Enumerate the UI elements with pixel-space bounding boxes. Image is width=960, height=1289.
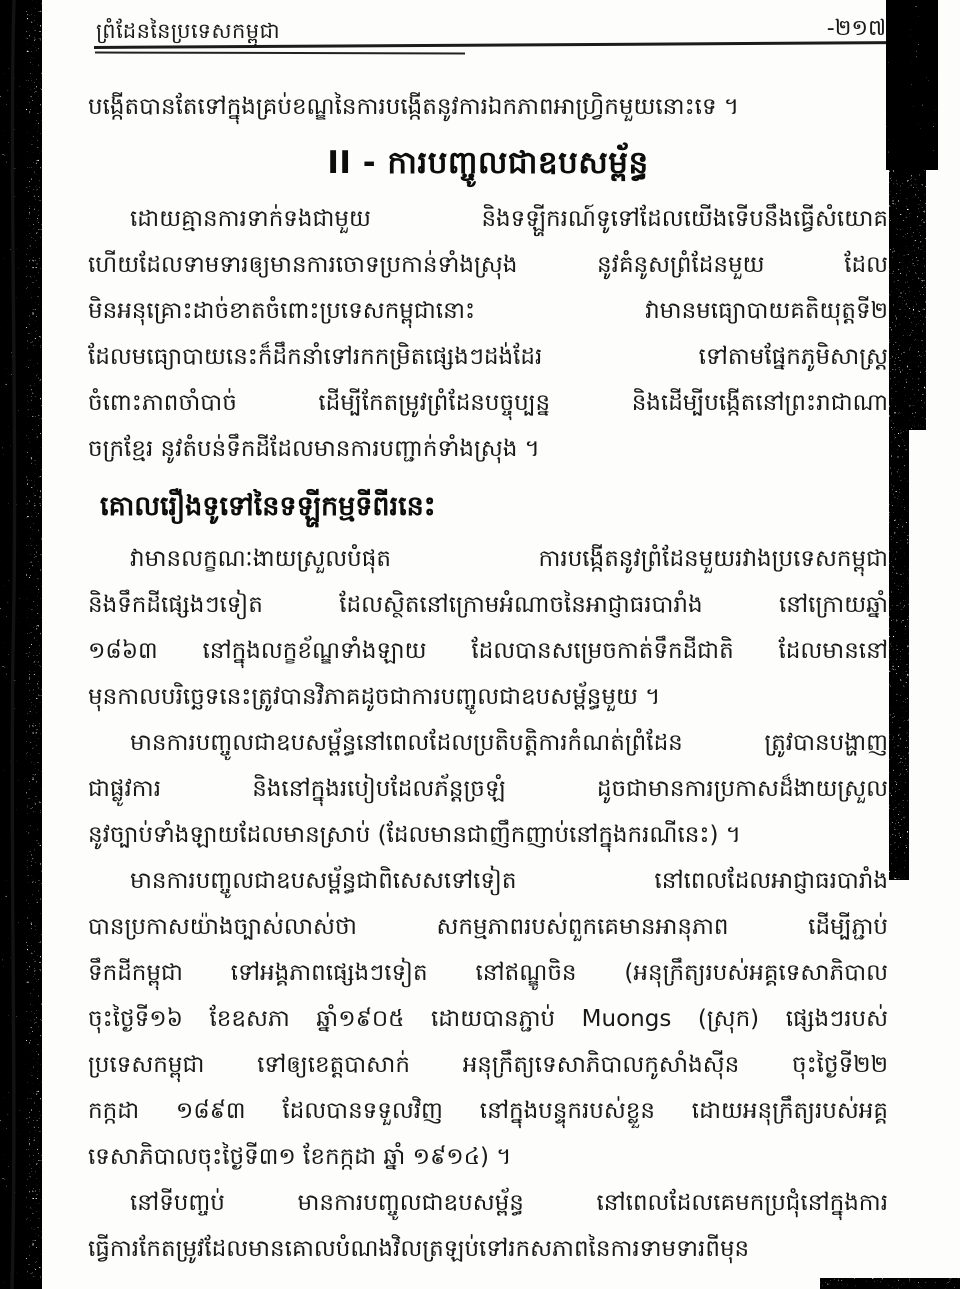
body-line: នូវច្បាប់ទាំងឡាយដែលមានស្រាប់ (ដែលមានជាញឹ…: [88, 812, 888, 858]
body-line: ធ្វើការកែតម្រូវដែលមានគោលបំណងវិលត្រឡប់ទៅរ…: [88, 1226, 888, 1272]
body-line: ចុះថ្ងៃទី១៦ ខែឧសភា ឆ្នាំ១៩០៥ ដោយបានភ្ជាប…: [88, 996, 888, 1042]
body-line: ចំពោះភាពចាំបាច់ ដើម្បីកែតម្រូវព្រំដែនបច្…: [88, 380, 888, 426]
body-line: ចក្រខ្មែរ នូវតំបន់ទឹកដីដែលមានការបញ្ជាក់ទ…: [88, 426, 888, 472]
paragraph: មានការបញ្ចូលជាឧបសម្ព័ន្ធនៅពេលដែលប្រតិបត្…: [88, 720, 888, 858]
paragraph: វាមានលក្ខណៈងាយស្រួលបំផុត ការបង្កើតនូវព្រ…: [88, 536, 888, 720]
body-line: ទេសាភិបាលចុះថ្ងៃទី៣១ ខែកក្កដា ឆ្នាំ ១៩១៤…: [88, 1134, 888, 1180]
body-line: វាមានលក្ខណៈងាយស្រួលបំផុត ការបង្កើតនូវព្រ…: [88, 536, 888, 582]
page-number: -២១៧-: [827, 14, 894, 44]
page-body: បង្កើតបានតែទៅក្នុងគ្រប់ខណ្ឌនៃការបង្កើតនូ…: [88, 84, 888, 1272]
body-line: មុនកាលបរិច្ឆេទនេះត្រូវបានវិភាគដូចជាការបញ…: [88, 674, 888, 720]
body-line: ១៨៦៣ នៅក្នុងលក្ខខ័ណ្ឌទាំងឡាយ ដែលបានសម្រេ…: [88, 628, 888, 674]
scan-mark-bottom-right: [820, 1278, 960, 1289]
body-line: ដែលមធ្យោបាយនេះក៏ដឹកនាំទៅរកកម្រិតផ្សេងៗដង…: [88, 334, 888, 380]
scan-speckle-left-band: [0, 0, 42, 1289]
paragraph: មានការបញ្ចូលជាឧបសម្ព័ន្ធជាពិសេសទៅទៀត នៅព…: [88, 858, 888, 1180]
sub-heading: គោលរឿងទូទៅនៃទឡ្ហីកម្មទីពីរនេះ: [88, 480, 888, 534]
body-line: និងទឹកដីផ្សេងៗទៀត ដែលស្ថិតនៅក្រោមអំណាចនៃ…: [88, 582, 888, 628]
body-line: ទឹកដីកម្ពុជា ទៅអង្គភាពផ្សេងៗទៀត នៅឥណ្ឌូច…: [88, 950, 888, 996]
scan-speckle-right-band: [886, 0, 938, 880]
body-line: ដោយគ្មានការទាក់ទងជាមួយ និងទឡ្ហីករណ៍ទូទៅដ…: [88, 196, 888, 242]
paragraph-intro: បង្កើតបានតែទៅក្នុងគ្រប់ខណ្ឌនៃការបង្កើតនូ…: [88, 84, 888, 130]
body-line: កក្កដា ១៨៩៣ ដែលបានទទួលវិញ នៅក្នុងបន្ទុករ…: [88, 1088, 888, 1134]
body-line: ជាផ្លូវការ និងនៅក្នុងរបៀបដែលភ័ន្តច្រឡំ ដ…: [88, 766, 888, 812]
running-header-title: ព្រំដែននៃប្រទេសកម្ពុជា: [96, 16, 280, 46]
body-line: បានប្រកាសយ៉ាងច្បាស់លាស់ថា សកម្មភាពរបស់ពួ…: [88, 904, 888, 950]
body-line: ប្រទេសកម្ពុជា ទៅឲ្យខេត្តបាសាក់ អនុក្រឹត្…: [88, 1042, 888, 1088]
body-line: មានការបញ្ចូលជាឧបសម្ព័ន្ធនៅពេលដែលប្រតិបត្…: [88, 720, 888, 766]
paragraph: ដោយគ្មានការទាក់ទងជាមួយ និងទឡ្ហីករណ៍ទូទៅដ…: [88, 196, 888, 472]
body-line: ហើយដែលទាមទារឲ្យមានការចោទប្រកាន់ទាំងស្រុង…: [88, 242, 888, 288]
header-title-underline: [95, 52, 465, 55]
body-line: មានការបញ្ចូលជាឧបសម្ព័ន្ធជាពិសេសទៅទៀត នៅព…: [88, 858, 888, 904]
body-line: មិនអនុគ្រោះដាច់ខាតចំពោះប្រទេសកម្ពុជានោះ …: [88, 288, 888, 334]
section-heading: II - ការបញ្ចូលជាឧបសម្ព័ន្ធ: [88, 135, 888, 191]
body-line: បង្កើតបានតែទៅក្នុងគ្រប់ខណ្ឌនៃការបង្កើតនូ…: [88, 84, 888, 130]
paragraph: នៅទីបញ្ចប់ មានការបញ្ចូលជាឧបសម្ព័ន្ធ នៅពេ…: [88, 1180, 888, 1272]
binding-crease-line: [12, 0, 15, 1289]
body-line: នៅទីបញ្ចប់ មានការបញ្ចូលជាឧបសម្ព័ន្ធ នៅពេ…: [88, 1180, 888, 1226]
scanned-page: ព្រំដែននៃប្រទេសកម្ពុជា -២១៧- បង្កើតបានតែ…: [0, 0, 960, 1289]
